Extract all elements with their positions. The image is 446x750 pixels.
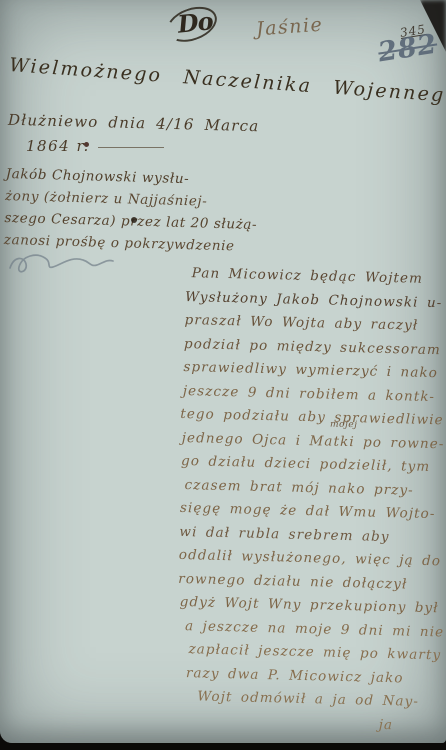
interline-insertion: mojej — [330, 420, 358, 431]
place-date-line: Dłużniewo dnia 4/16 Marca — [8, 111, 260, 136]
salutation-do-text: Do — [176, 6, 214, 38]
flourish-line — [98, 147, 164, 148]
body-line: Wojt odmówił a ja od Nay- — [197, 685, 434, 714]
salutation-do: Do — [164, 3, 226, 49]
page-number-blue-crossed: 282 — [376, 29, 439, 69]
pencil-squiggle-mark — [4, 246, 124, 280]
year-text: 1864 r. — [26, 137, 90, 155]
red-ink-dot — [84, 142, 89, 147]
body-line: ja — [378, 713, 433, 738]
salutation-jasnie: Jaśnie — [255, 14, 324, 41]
margin-summary-note: Jakób Chojnowski wysłu- żony (żołnierz u… — [4, 163, 236, 257]
year-line: 1864 r. — [26, 137, 164, 155]
document-photo: Do Jaśnie 345 282 Wielmożnego Naczelnika… — [0, 0, 446, 750]
dark-ink-dot — [131, 217, 137, 223]
letter-body: Pan Micowicz będąc Wojtem Wysłużony Jako… — [175, 262, 444, 738]
manuscript-paper: Do Jaśnie 345 282 Wielmożnego Naczelnika… — [0, 0, 446, 743]
